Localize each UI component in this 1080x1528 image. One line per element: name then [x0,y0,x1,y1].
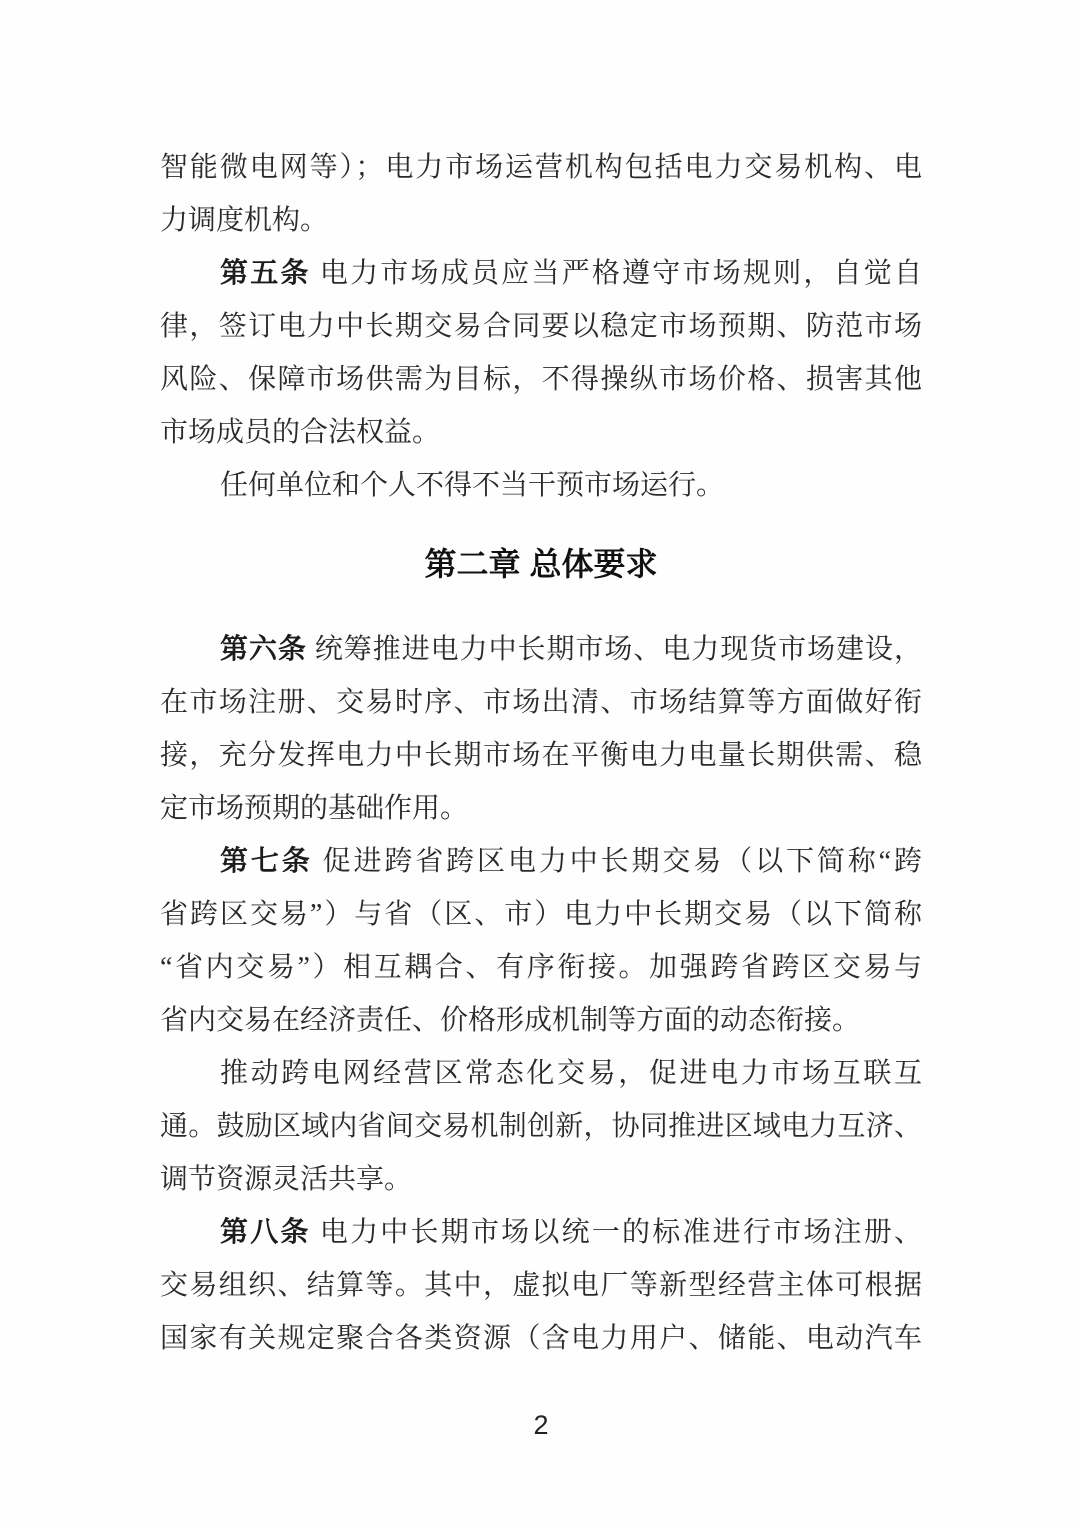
paragraph: 第七条 促进跨省跨区电力中长期交易（以下简称“跨省跨区交易”）与省（区、市）电力… [160,835,922,1047]
text-line: 智能微电网等）；电力市场运营机构包括电力交易机构、电 [160,141,922,194]
article-number: 第六条 [220,634,307,665]
text-line: 省内交易在经济责任、价格形成机制等方面的动态衔接。 [160,994,922,1047]
paragraph: 第六条 统筹推进电力中长期市场、电力现货市场建设，在市场注册、交易时序、市场出清… [160,623,922,835]
text-line: 省跨区交易”）与省（区、市）电力中长期交易（以下简称 [160,888,922,941]
text-line: 调节资源灵活共享。 [160,1153,922,1206]
paragraph: 任何单位和个人不得不当干预市场运行。 [160,459,922,512]
paragraph: 第八条 电力中长期市场以统一的标准进行市场注册、交易组织、结算等。其中，虚拟电厂… [160,1206,922,1365]
text-line: 定市场预期的基础作用。 [160,782,922,835]
text-line: 任何单位和个人不得不当干预市场运行。 [160,459,922,512]
text-line: 推动跨电网经营区常态化交易，促进电力市场互联互 [160,1047,922,1100]
text-line: 交易组织、结算等。其中，虚拟电厂等新型经营主体可根据 [160,1259,922,1312]
document-body: 智能微电网等）；电力市场运营机构包括电力交易机构、电力调度机构。第五条 电力市场… [160,141,922,1365]
paragraph: 第五条 电力市场成员应当严格遵守市场规则，自觉自律，签订电力中长期交易合同要以稳… [160,247,922,459]
text-line: 国家有关规定聚合各类资源（含电力用户、储能、电动汽车 [160,1312,922,1365]
article-number: 第八条 [220,1217,311,1248]
text-line: 风险、保障市场供需为目标，不得操纵市场价格、损害其他 [160,353,922,406]
text-line: 第五条 电力市场成员应当严格遵守市场规则，自觉自 [160,247,922,300]
text-line: 第七条 促进跨省跨区电力中长期交易（以下简称“跨 [160,835,922,888]
text-line: 接，充分发挥电力中长期市场在平衡电力电量长期供需、稳 [160,729,922,782]
article-number: 第五条 [220,258,311,289]
document-page: 智能微电网等）；电力市场运营机构包括电力交易机构、电力调度机构。第五条 电力市场… [0,0,1080,1528]
paragraph: 推动跨电网经营区常态化交易，促进电力市场互联互通。鼓励区域内省间交易机制创新，协… [160,1047,922,1206]
text-line: 律，签订电力中长期交易合同要以稳定市场预期、防范市场 [160,300,922,353]
chapter-heading: 第二章 总体要求 [160,538,922,591]
text-line: 通。鼓励区域内省间交易机制创新，协同推进区域电力互济、 [160,1100,922,1153]
text-line: 第六条 统筹推进电力中长期市场、电力现货市场建设， [160,623,922,676]
paragraph: 智能微电网等）；电力市场运营机构包括电力交易机构、电力调度机构。 [160,141,922,247]
text-line: 在市场注册、交易时序、市场出清、市场结算等方面做好衔 [160,676,922,729]
text-line: “省内交易”）相互耦合、有序衔接。加强跨省跨区交易与 [160,941,922,994]
page-number: 2 [160,1399,922,1452]
text-line: 力调度机构。 [160,194,922,247]
text-line: 市场成员的合法权益。 [160,406,922,459]
article-number: 第七条 [220,846,313,877]
text-line: 第八条 电力中长期市场以统一的标准进行市场注册、 [160,1206,922,1259]
